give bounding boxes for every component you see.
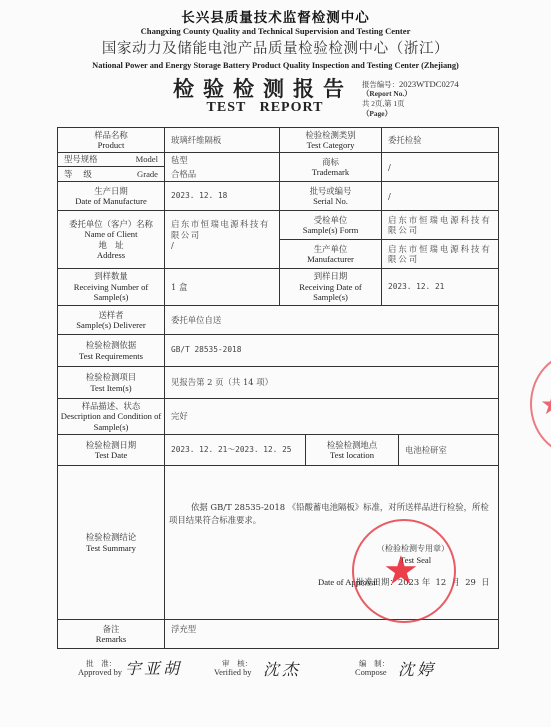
receiving-date-label-cn: 到样日期	[314, 271, 348, 282]
trademark-label-cn: 商标	[322, 157, 339, 168]
test-category-label: 检验检测类别 Test Category	[279, 127, 382, 153]
grade-label-cn: 等 级	[64, 169, 92, 180]
manufacture-date-label: 生产日期 Date of Manufacture	[57, 181, 165, 211]
receiving-date-label: 到样日期 Receiving Date of Sample(s)	[279, 268, 382, 306]
test-items-label-cn: 检验检测项目	[86, 372, 136, 383]
product-label-en: Product	[98, 140, 125, 151]
compose-label-cn: 编 制：	[355, 659, 389, 668]
manufacturer-value: 启东市恒瑞电源科技有限公司	[381, 239, 499, 269]
grade-label: 等 级 Grade	[57, 166, 165, 182]
sample-form-label-cn: 受检单位	[314, 215, 348, 226]
requirements-label-cn: 检验检测依据	[86, 340, 136, 351]
test-date-label-cn: 检验检测日期	[86, 440, 136, 451]
manufacture-date-label-en: Date of Manufacture	[75, 196, 147, 207]
manufacture-date-value: 2023. 12. 18	[164, 181, 280, 211]
approved-signature: 宇亚胡	[125, 656, 182, 679]
deliverer-value: 委托单位自送	[164, 305, 499, 335]
model-label: 型号规格 Model	[57, 152, 165, 167]
description-label: 样品描述、状态 Description and Condition of Sam…	[57, 398, 165, 435]
address-label-cn: 地 址	[98, 240, 123, 251]
product-label: 样品名称 Product	[57, 127, 165, 153]
grade-value: 合格品	[171, 169, 279, 180]
remarks-value: 浮充型	[164, 619, 499, 649]
summary-text: 依据 GB/T 28535-2018 《铅酸蓄电池隔板》标准，对所送样品进行检验…	[169, 501, 495, 527]
summary-label-en: Test Summary	[86, 543, 136, 554]
verified-label-cn: 审 核：	[214, 659, 252, 668]
model-grade-values: 毡型 合格品	[164, 152, 280, 182]
signature-compose: 编 制： Compose	[355, 659, 389, 677]
compose-label-en: Compose	[355, 668, 387, 677]
report-number-label: 报告编号：	[362, 80, 399, 89]
deliverer-label-cn: 送样者	[98, 310, 123, 321]
receiving-date-label-en: Receiving Date of Sample(s)	[291, 282, 371, 303]
remarks-label: 备注 Remarks	[57, 619, 165, 649]
client-label-en: Name of Client	[85, 229, 138, 240]
product-value: 玻璃纤维隔板	[164, 127, 280, 153]
manufacturer-label: 生产单位 Manufacturer	[279, 239, 382, 269]
description-value: 完好	[164, 398, 499, 435]
org-name-cn: 长兴县质量技术监督检测中心	[0, 6, 551, 26]
report-number-value: 2023WTDC0274	[399, 79, 459, 89]
manufacturer-label-en: Manufacturer	[307, 254, 354, 265]
receiving-number-value: 1 盒	[164, 268, 280, 306]
seal-star-icon: ★	[383, 551, 419, 591]
test-items-label-en: Test Item(s)	[90, 383, 131, 394]
receiving-number-label-en: Receiving Number of Sample(s)	[61, 282, 161, 303]
report-title-cn: 检验检测报告	[168, 73, 358, 103]
deliverer-label: 送样者 Sample(s) Deliverer	[57, 305, 165, 335]
client-label: 委托单位（客户）名称 Name of Client 地 址 Address	[57, 210, 165, 269]
description-label-en: Description and Condition of Sample(s)	[59, 411, 163, 432]
remarks-label-cn: 备注	[103, 624, 120, 635]
page-indicator-en: （Page）	[362, 109, 392, 119]
verified-label-en: Verified by	[214, 668, 251, 677]
test-date-value: 2023. 12. 21～2023. 12. 25	[164, 434, 306, 466]
test-category-label-en: Test Category	[307, 140, 355, 151]
test-location-label-en: Test location	[330, 450, 374, 461]
report-number-en: （Report No.）	[362, 89, 412, 99]
manufacturer-label-cn: 生产单位	[314, 244, 348, 255]
test-category-label-cn: 检验检测类别	[305, 130, 355, 141]
test-location-label: 检验检测地点 Test location	[305, 434, 399, 466]
deliverer-label-en: Sample(s) Deliverer	[76, 320, 145, 331]
receiving-number-label-cn: 到样数量	[94, 271, 128, 282]
page-indicator: 共 2页,第 1页	[362, 99, 405, 109]
test-location-value: 电池检研室	[398, 434, 499, 466]
model-label-en: Model	[136, 154, 158, 165]
test-location-label-cn: 检验检测地点	[327, 440, 377, 451]
trademark-value: /	[381, 152, 499, 182]
description-label-cn: 样品描述、状态	[82, 401, 141, 412]
test-items-value: 见报告第 2 页（共 14 项）	[164, 366, 499, 399]
test-category-value: 委托检验	[381, 127, 499, 153]
serial-no-label-cn: 批号或编号	[310, 186, 352, 197]
summary-label-cn: 检验检测结论	[86, 532, 136, 543]
serial-no-label-en: Serial No.	[313, 196, 348, 207]
trademark-label: 商标 Trademark	[279, 152, 382, 182]
serial-no-value: /	[381, 181, 499, 211]
model-value: 毡型	[171, 155, 279, 166]
sample-form-value: 启东市恒瑞电源科技有限公司	[381, 210, 499, 240]
client-name-value: 启东市恒瑞电源科技有限公司	[171, 219, 275, 240]
center-name-en: National Power and Energy Storage Batter…	[0, 61, 551, 70]
approved-label-en: Approved by	[78, 668, 122, 677]
client-value: 启东市恒瑞电源科技有限公司 /	[164, 210, 280, 269]
requirements-label: 检验检测依据 Test Requirements	[57, 334, 165, 367]
test-items-label: 检验检测项目 Test Item(s)	[57, 366, 165, 399]
signature-verified: 审 核： Verified by	[214, 659, 252, 677]
model-label-cn: 型号规格	[64, 154, 98, 165]
compose-signature: 沈婷	[398, 657, 436, 680]
serial-no-label: 批号或编号 Serial No.	[279, 181, 382, 211]
verified-signature: 沈杰	[263, 657, 301, 680]
manufacture-date-label-cn: 生产日期	[94, 186, 128, 197]
remarks-label-en: Remarks	[96, 634, 127, 645]
product-label-cn: 样品名称	[94, 130, 128, 141]
receiving-date-value: 2023. 12. 21	[381, 268, 499, 306]
edge-seal-star-icon: ★	[540, 385, 551, 425]
sample-form-label: 受检单位 Sample(s) Form	[279, 210, 382, 240]
requirements-label-en: Test Requirements	[79, 351, 143, 362]
test-date-label: 检验检测日期 Test Date	[57, 434, 165, 466]
approved-label-cn: 批 准：	[78, 659, 122, 668]
receiving-number-label: 到样数量 Receiving Number of Sample(s)	[57, 268, 165, 306]
client-address-value: /	[171, 240, 279, 251]
report-title-en: TEST REPORT	[205, 100, 325, 116]
test-date-label-en: Test Date	[95, 450, 128, 461]
address-label-en: Address	[97, 250, 125, 261]
center-name-cn: 国家动力及储能电池产品质量检验检测中心（浙江）	[0, 37, 551, 58]
grade-label-en: Grade	[137, 169, 158, 180]
requirements-value: GB/T 28535-2018	[164, 334, 499, 367]
trademark-label-en: Trademark	[312, 167, 349, 178]
signature-approved: 批 准： Approved by	[78, 659, 122, 677]
sample-form-label-en: Sample(s) Form	[303, 225, 359, 236]
org-name-en: Changxing County Quality and Technical S…	[0, 26, 551, 36]
summary-label: 检验检测结论 Test Summary	[57, 465, 165, 620]
client-label-cn: 委托单位（客户）名称	[69, 219, 153, 230]
